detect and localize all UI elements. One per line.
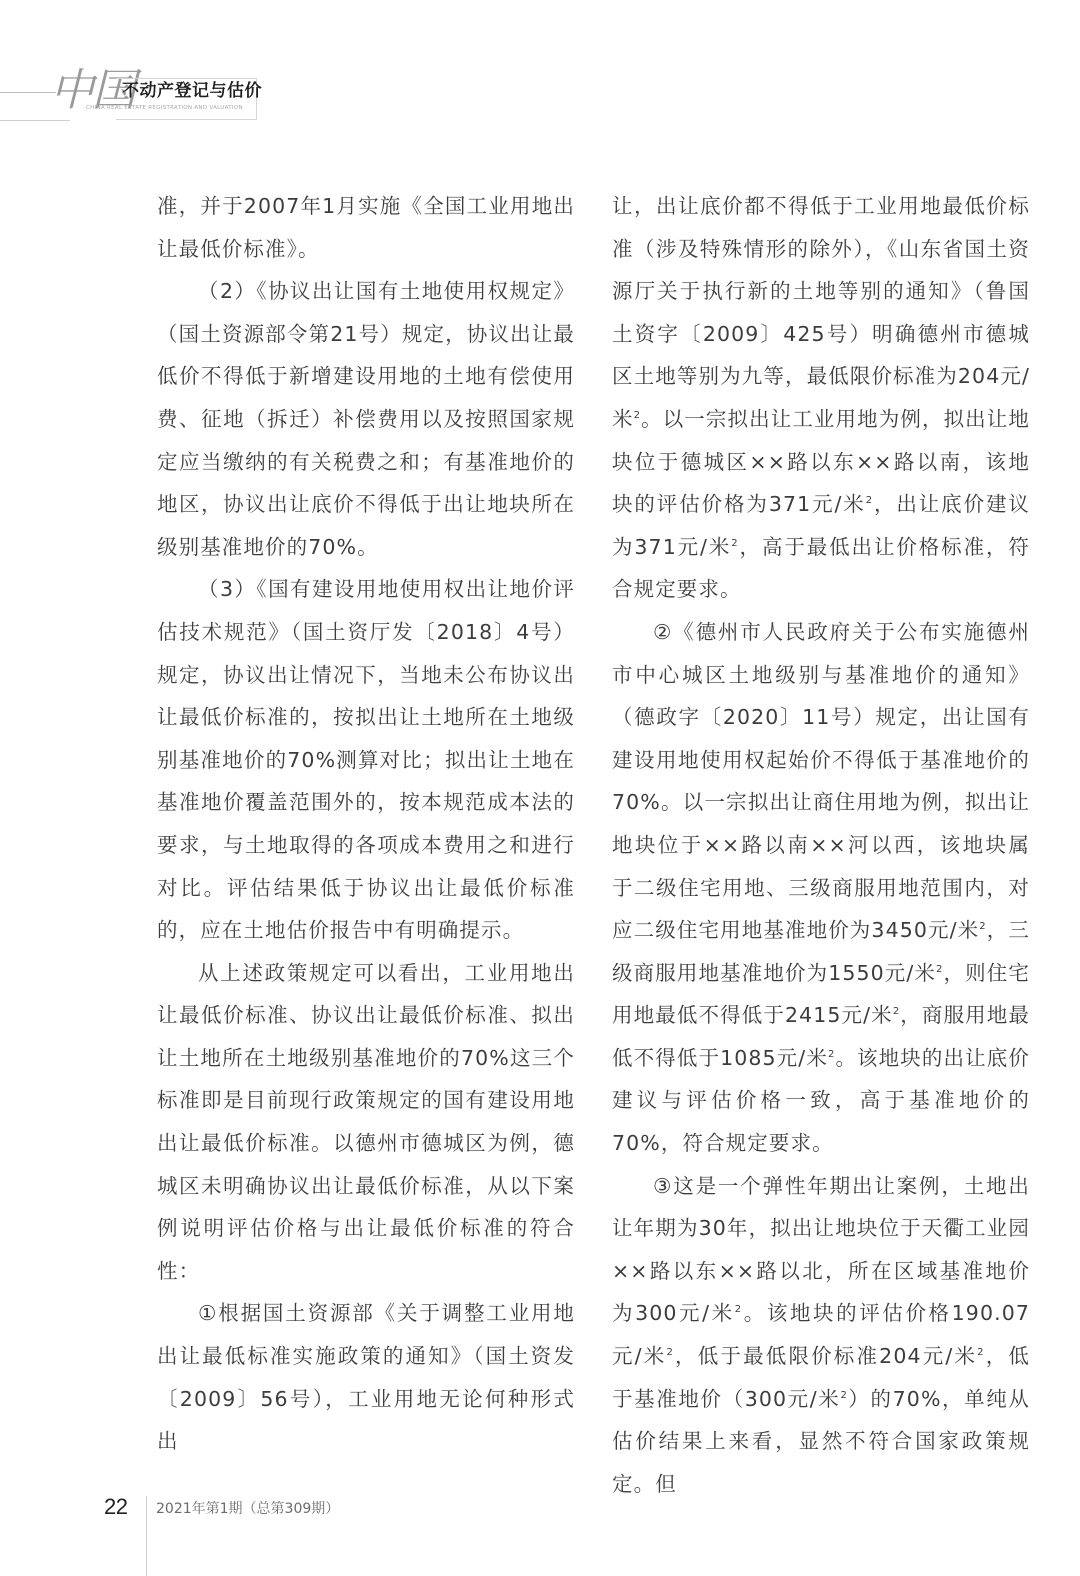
header-rule-bottom — [0, 120, 70, 121]
paragraph: （2）《协议出让国有土地使用权规定》（国土资源部令第21号）规定，协议出让最低价… — [157, 270, 575, 568]
journal-subtitle-english: CHINA REAL ESTATE REGISTRATION AND VALUA… — [86, 104, 243, 112]
superscript-unit: 2 — [866, 495, 873, 506]
article-column-left: 准，并于2007年1月实施《全国工业用地出让最低价标准》。 （2）《协议出让国有… — [157, 185, 575, 1463]
page-number: 22 — [104, 1494, 127, 1520]
superscript-unit: 2 — [828, 1049, 835, 1060]
paragraph: ③这是一个弹性年期出让案例，土地出让年期为30年，拟出让地块位于天衢工业园××路… — [612, 1165, 1030, 1506]
article-column-right: 让，出让底价都不得低于工业用地最低价标准（涉及特殊情形的除外），《山东省国土资源… — [612, 185, 1030, 1505]
paragraph: ②《德州市人民政府关于公布实施德州市中心城区土地级别与基准地价的通知》（德政字〔… — [612, 611, 1030, 1165]
header-rule — [0, 92, 56, 93]
superscript-unit: 2 — [893, 1006, 900, 1017]
superscript-unit: 2 — [666, 1347, 673, 1358]
superscript-unit: 2 — [634, 410, 641, 421]
paragraph: 让，出让底价都不得低于工业用地最低价标准（涉及特殊情形的除外），《山东省国土资源… — [612, 185, 1030, 611]
paragraph: ①根据国土资源部《关于调整工业用地出让最低标准实施政策的通知》（国土资发〔200… — [157, 1292, 575, 1462]
paragraph: （3）《国有建设用地使用权出让地价评估技术规范》（国土资厅发〔2018〕4号）规… — [157, 568, 575, 951]
footer-divider — [146, 1496, 147, 1576]
paragraph: 准，并于2007年1月实施《全国工业用地出让最低价标准》。 — [157, 185, 575, 270]
page-footer: 22 2021年第1期（总第309期） — [0, 1490, 500, 1576]
journal-header: 中国 不动产登记与估价 CHINA REAL ESTATE REGISTRATI… — [0, 62, 270, 132]
superscript-unit: 2 — [731, 538, 738, 549]
superscript-unit: 2 — [979, 921, 986, 932]
superscript-unit: 2 — [735, 1304, 742, 1315]
superscript-unit: 2 — [977, 1347, 984, 1358]
superscript-unit: 2 — [840, 1390, 847, 1401]
superscript-unit: 2 — [936, 964, 943, 975]
paragraph: 从上述政策规定可以看出，工业用地出让最低价标准、协议出让最低价标准、拟出让土地所… — [157, 952, 575, 1293]
issue-info: 2021年第1期（总第309期） — [156, 1498, 339, 1518]
journal-title: 不动产登记与估价 — [122, 80, 262, 102]
